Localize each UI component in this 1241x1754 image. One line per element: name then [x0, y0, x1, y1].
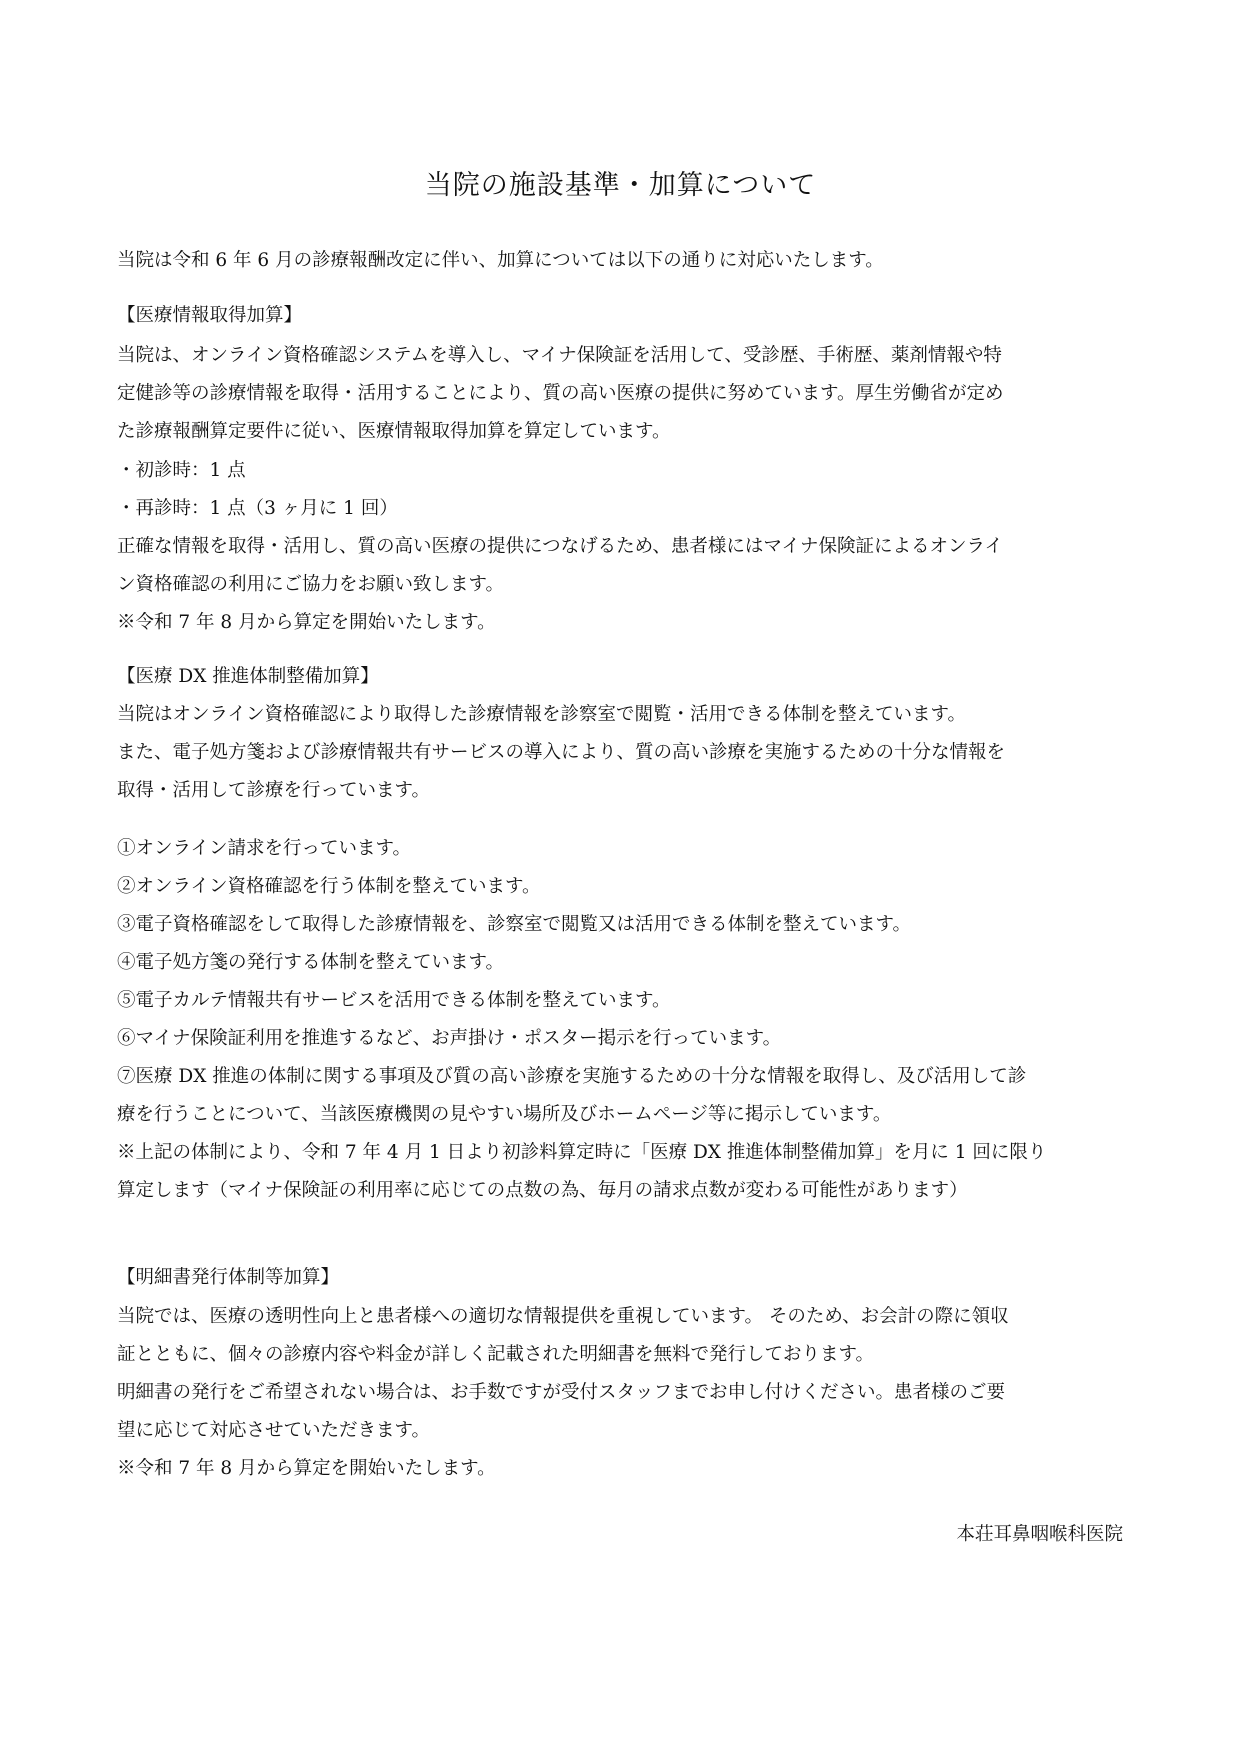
intro-text: 当院は令和 6 年 6 月の診療報酬改定に伴い、加算については以下の通りに対応い… — [117, 246, 884, 276]
clinic-signature: 本荘耳鼻咽喉科医院 — [956, 1520, 1123, 1550]
numbered-item: ③電子資格確認をして取得した診療情報を、診察室で閲覧又は活用できる体制を整えてい… — [117, 910, 911, 940]
numbered-item: ⑦医療 DX 推進の体制に関する事項及び質の高い診療を実施するための十分な情報を… — [117, 1062, 1026, 1092]
numbered-item: ①オンライン請求を行っています。 — [117, 834, 411, 864]
paragraph-line: 当院は、オンライン資格確認システムを導入し、マイナ保険証を活用して、受診歴、手術… — [117, 341, 1002, 371]
section-heading-medical-dx: 【医療 DX 推進体制整備加算】 — [117, 662, 379, 692]
paragraph-line: た診療報酬算定要件に従い、医療情報取得加算を算定しています。 — [117, 417, 671, 447]
numbered-item: ④電子処方箋の発行する体制を整えています。 — [117, 948, 504, 978]
numbered-item: ②オンライン資格確認を行う体制を整えています。 — [117, 872, 540, 902]
paragraph-line: ン資格確認の利用にご協力をお願い致します。 — [117, 570, 504, 600]
paragraph-line: 当院では、医療の透明性向上と患者様への適切な情報提供を重視しています。 そのため… — [117, 1302, 1009, 1332]
paragraph-line: 正確な情報を取得・活用し、質の高い医療の提供につなげるため、患者様にはマイナ保険… — [117, 532, 1003, 562]
bullet-item: ・再診時：1 点（3 ヶ月に 1 回） — [117, 494, 398, 524]
paragraph-line: 定健診等の診療情報を取得・活用することにより、質の高い医療の提供に努めています。… — [117, 379, 1004, 409]
numbered-item: ⑥マイナ保険証利用を推進するなど、お声掛け・ポスター掲示を行っています。 — [117, 1024, 781, 1054]
note-line: 算定します（マイナ保険証の利用率に応じての点数の為、毎月の請求点数が変わる可能性… — [117, 1176, 968, 1206]
paragraph-line: 取得・活用して診療を行っています。 — [117, 776, 430, 806]
document-page: 当院の施設基準・加算について 当院は令和 6 年 6 月の診療報酬改定に伴い、加… — [0, 0, 1241, 1754]
paragraph-line: 当院はオンライン資格確認により取得した診療情報を診察室で閲覧・活用できる体制を整… — [117, 700, 966, 730]
section-heading-itemized-receipt: 【明細書発行体制等加算】 — [117, 1263, 339, 1293]
paragraph-line: 望に応じて対応させていただきます。 — [117, 1416, 430, 1446]
note-line: ※上記の体制により、令和 7 年 4 月 1 日より初診料算定時に「医療 DX … — [117, 1138, 1046, 1168]
note-line: ※令和 7 年 8 月から算定を開始いたします。 — [117, 608, 496, 638]
page-title: 当院の施設基準・加算について — [0, 166, 1241, 206]
bullet-item: ・初診時：1 点 — [117, 456, 246, 486]
numbered-item: ⑤電子カルテ情報共有サービスを活用できる体制を整えています。 — [117, 986, 671, 1016]
paragraph-line: 証とともに、個々の診療内容や料金が詳しく記載された明細書を無料で発行しております… — [117, 1340, 874, 1370]
paragraph-line: 明細書の発行をご希望されない場合は、お手数ですが受付スタッフまでお申し付けくださ… — [117, 1378, 1005, 1408]
paragraph-line: また、電子処方箋および診療情報共有サービスの導入により、質の高い診療を実施するた… — [117, 738, 1005, 768]
note-line: ※令和 7 年 8 月から算定を開始いたします。 — [117, 1454, 496, 1484]
numbered-item-continued: 療を行うことについて、当該医療機関の見やすい場所及びホームページ等に掲示していま… — [117, 1100, 891, 1130]
section-heading-medical-info: 【医療情報取得加算】 — [117, 301, 302, 331]
